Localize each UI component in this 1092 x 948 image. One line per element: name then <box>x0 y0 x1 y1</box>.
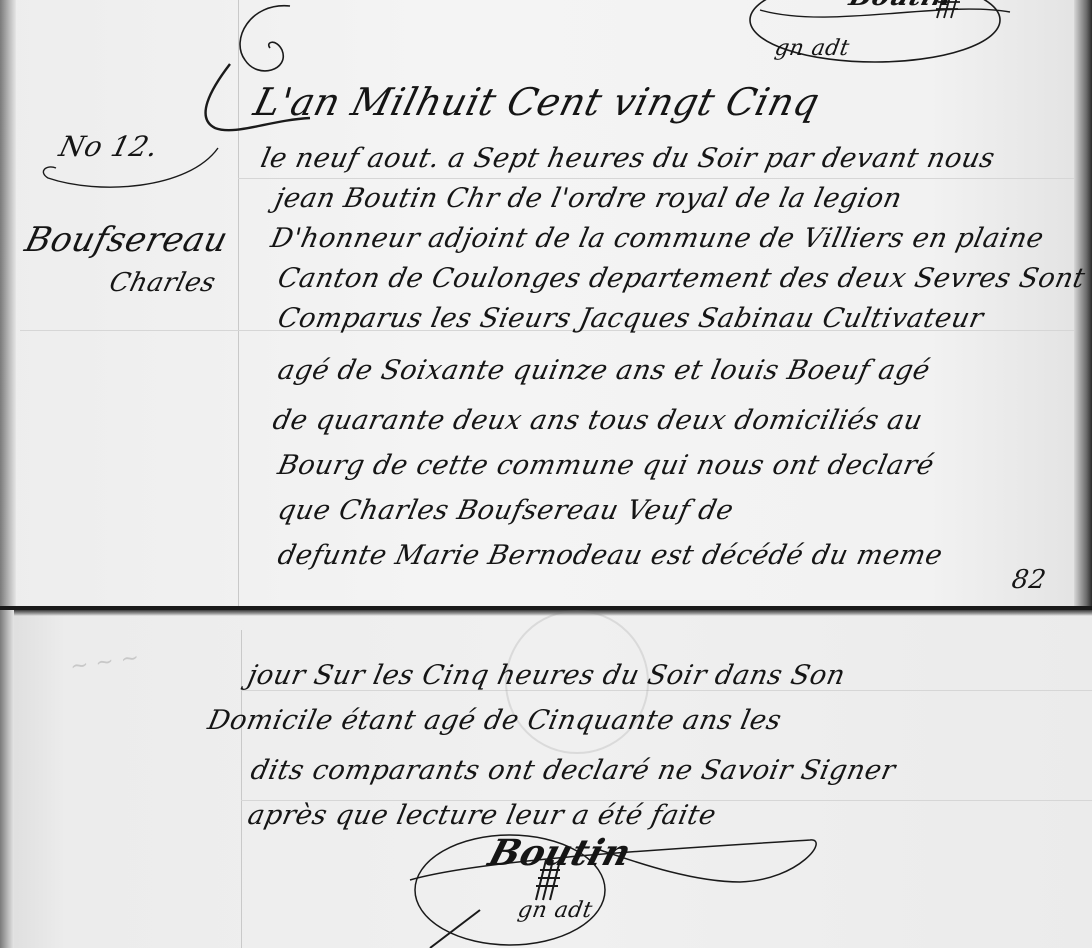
signature-title: gn adt <box>516 898 595 923</box>
ruled-line <box>238 178 1074 179</box>
faded-bleed-through-text: ~ ~ ~ <box>69 645 141 679</box>
record-line: Comparus les Sieurs Jacques Sabinau Cult… <box>275 303 986 334</box>
record-line: dits comparants ont declaré ne Savoir Si… <box>248 755 898 786</box>
record-line: D'honneur adjoint de la commune de Villi… <box>268 223 1047 254</box>
record-line: le neuf aout. a Sept heures du Soir par … <box>258 143 998 174</box>
page-edge <box>0 610 1092 616</box>
record-line: jour Sur les Cinq heures du Soir dans So… <box>245 660 848 691</box>
record-heading: L'an Milhuit Cent vingt Cinq <box>250 80 825 124</box>
record-line: de quarante deux ans tous deux domicilié… <box>270 405 925 436</box>
margin-given-name: Charles <box>106 268 219 298</box>
margin-surname: Boufsereau <box>21 220 232 260</box>
record-line: que Charles Boufsereau Veuf de <box>275 495 736 526</box>
margin-rule <box>241 630 242 948</box>
register-page-bottom: ~ ~ ~ jour Sur les Cinq heures du Soir d… <box>0 610 1092 948</box>
record-line: agé de Soixante quinze ans et louis Boeu… <box>275 355 933 386</box>
record-line: Domicile étant agé de Cinquante ans les <box>205 705 784 736</box>
folio-number: 82 <box>1010 565 1048 595</box>
entry-number-underline-icon <box>38 140 228 200</box>
register-page-top: Boutin gn adt No 12. Boufsereau Charles … <box>0 0 1092 606</box>
signature-name: Boutin <box>484 832 636 874</box>
record-line: Bourg de cette commune qui nous ont decl… <box>275 450 937 481</box>
previous-signature-title: gn adt <box>773 36 852 61</box>
page-binding-left <box>0 0 16 606</box>
ruled-line <box>20 330 238 331</box>
record-line: jean Boutin Chr de l'ordre royal de la l… <box>272 183 905 214</box>
record-line: defunte Marie Bernodeau est décédé du me… <box>275 540 945 571</box>
page-binding-left <box>0 610 14 948</box>
record-line: Canton de Coulonges departement des deux… <box>275 263 1088 294</box>
page-binding-right <box>1074 0 1092 606</box>
previous-signature-name: Boutin <box>846 0 957 12</box>
